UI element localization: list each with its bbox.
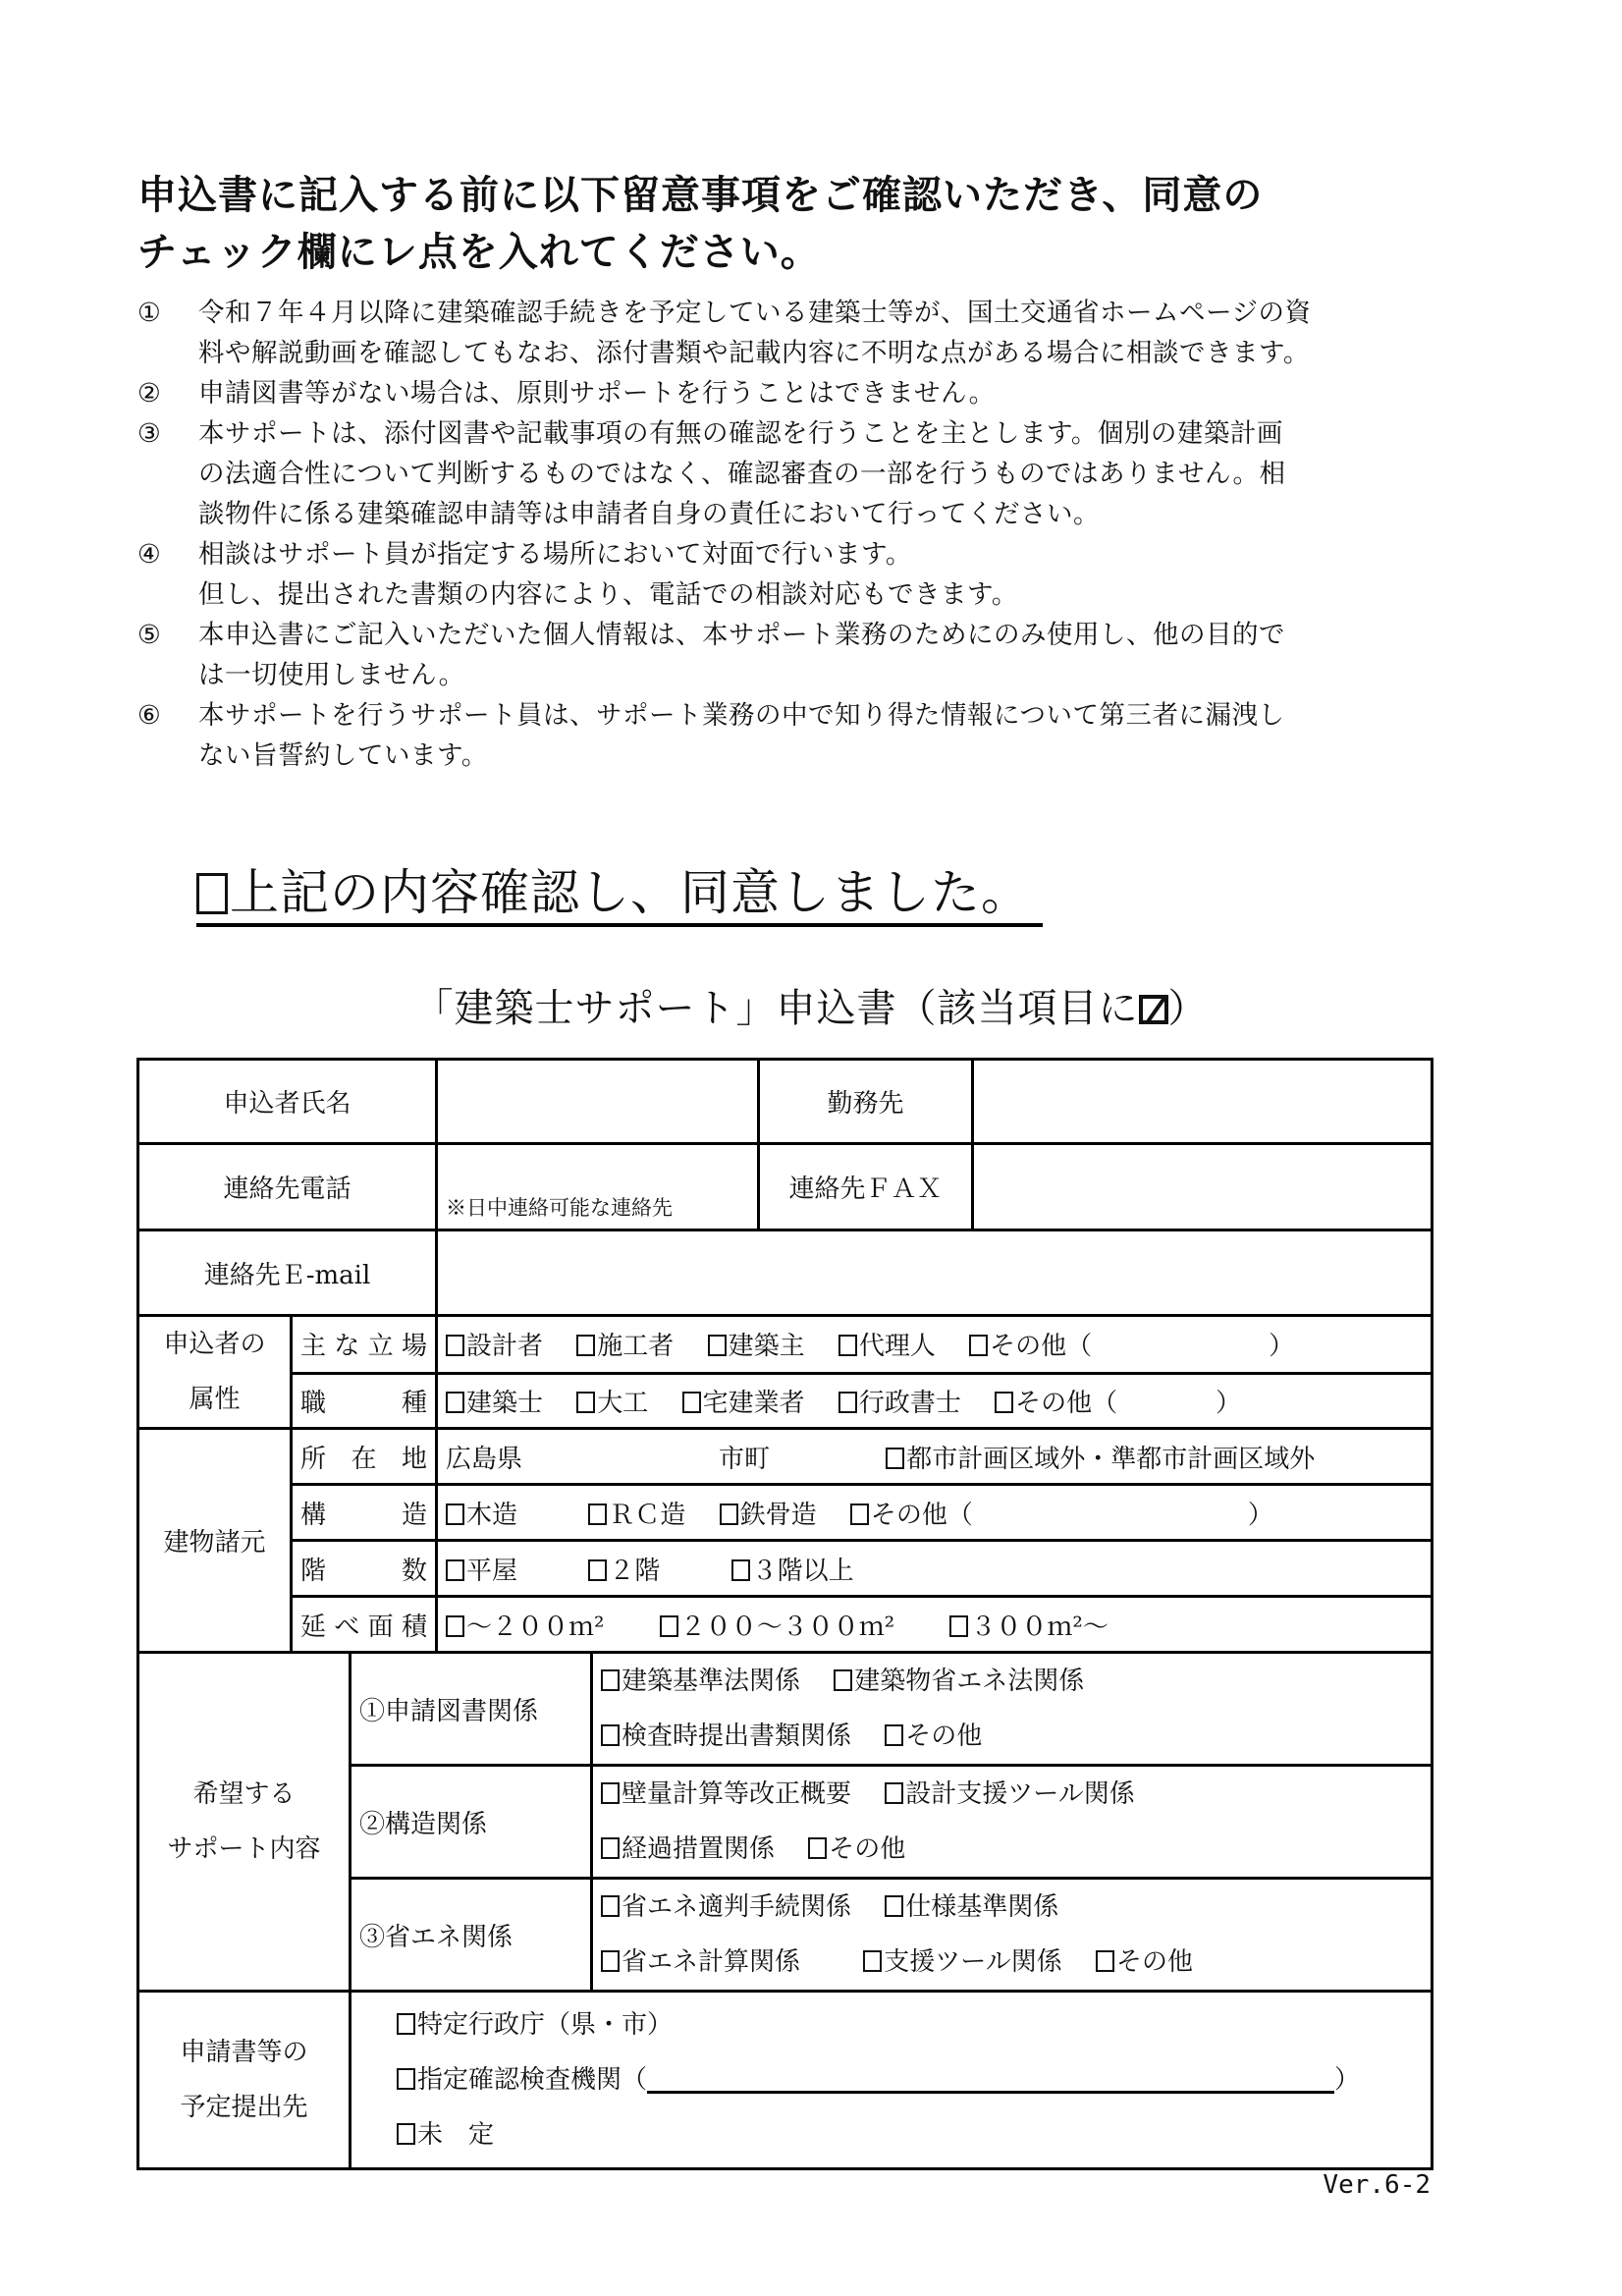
checkbox-icon[interactable] xyxy=(995,1392,1013,1413)
checkbox-icon[interactable] xyxy=(834,1669,852,1691)
note-number: ⑥ xyxy=(137,695,198,776)
heading-line-1: 申込書に記入する前に以下留意事項をご確認いただき、同意の xyxy=(137,167,1453,224)
floor-area-label: 延べ面積 xyxy=(292,1597,437,1653)
option-label: 特定行政庁（県・市） xyxy=(417,2010,673,2040)
note-number: ⑤ xyxy=(137,615,198,695)
checked-box-icon xyxy=(1139,995,1168,1024)
checkbox-icon[interactable] xyxy=(601,1895,620,1917)
support-option[interactable]: 仕様基準関係 xyxy=(885,1892,1058,1922)
role-label: 主な立場 xyxy=(292,1316,437,1374)
support-group-label: ③省エネ関係 xyxy=(351,1879,592,1992)
email-label: 連絡先Ｅ-mail xyxy=(138,1230,437,1316)
checkbox-icon[interactable] xyxy=(576,1335,595,1356)
ch: 種 xyxy=(402,1383,427,1419)
checkbox-icon[interactable] xyxy=(397,2068,415,2090)
version-label: Ver.6-2 xyxy=(1323,2170,1431,2200)
applicant-attributes-label: 申込者の 属性 xyxy=(138,1316,292,1429)
option-label: 建築物省エネ法関係 xyxy=(854,1667,1084,1696)
checkbox-icon[interactable] xyxy=(682,1392,701,1413)
checkbox-icon[interactable] xyxy=(588,1503,607,1525)
option-label: その他 xyxy=(1116,1947,1193,1977)
location-label: 所在地 xyxy=(292,1429,437,1485)
checkbox-icon[interactable] xyxy=(863,1950,882,1972)
floors-option-one[interactable]: 平屋 xyxy=(446,1557,517,1586)
ch: 数 xyxy=(402,1551,427,1587)
form-title: 「建築士サポート」申込書（該当項目に） xyxy=(0,984,1622,1033)
option-label: ～２００ｍ² xyxy=(466,1613,604,1642)
option-label: その他（ xyxy=(871,1501,973,1530)
checkbox-icon[interactable] xyxy=(576,1392,595,1413)
support-option[interactable]: 設計支援ツール関係 xyxy=(885,1779,1134,1809)
occupation-option-architect[interactable]: 建築士 xyxy=(446,1389,543,1418)
checkbox-icon[interactable] xyxy=(969,1335,988,1356)
support-option[interactable]: その他 xyxy=(885,1722,982,1751)
role-option-designer[interactable]: 設計者 xyxy=(446,1332,543,1361)
checkbox-icon[interactable] xyxy=(885,1895,903,1917)
submission-label-line2: 予定提出先 xyxy=(147,2080,341,2135)
email-field[interactable] xyxy=(437,1230,1433,1316)
phone-field[interactable]: ※日中連絡可能な連絡先 xyxy=(437,1144,759,1230)
note-number: ① xyxy=(137,293,198,373)
support-group-options: 建築基準法関係 建築物省エネ法関係 検査時提出書類関係 その他 xyxy=(592,1653,1433,1766)
checkbox-icon[interactable] xyxy=(949,1615,968,1637)
option-label: ３階以上 xyxy=(752,1557,854,1586)
option-label: ３００ｍ²～ xyxy=(970,1613,1108,1642)
workplace-field[interactable] xyxy=(973,1060,1433,1144)
role-option-other[interactable]: その他（） xyxy=(969,1332,1294,1361)
option-label: 指定確認検査機関（ xyxy=(417,2065,647,2095)
support-group-options: 壁量計算等改正概要 設計支援ツール関係 経過措置関係 その他 xyxy=(592,1766,1433,1879)
support-option[interactable]: 検査時提出書類関係 xyxy=(601,1722,851,1751)
building-specs-label: 建物諸元 xyxy=(138,1429,292,1653)
checkbox-icon[interactable] xyxy=(601,1950,620,1972)
note-item-5: ⑤ 本申込書にご記入いただいた個人情報は、本サポート業務のためにのみ使用し、他の… xyxy=(137,615,1443,695)
submission-label-line1: 申請書等の xyxy=(147,2025,341,2080)
checkbox-icon[interactable] xyxy=(588,1559,607,1581)
structure-option-rc[interactable]: ＲＣ造 xyxy=(588,1501,685,1530)
workplace-label: 勤務先 xyxy=(759,1060,973,1144)
option-label: 木造 xyxy=(466,1501,517,1530)
paren-close: ） xyxy=(1334,2065,1360,2095)
note-number: ② xyxy=(137,373,198,413)
occupation-option-realtor[interactable]: 宅建業者 xyxy=(682,1389,805,1418)
agency-name-input[interactable] xyxy=(647,2065,1334,2094)
support-group-label: ②構造関係 xyxy=(351,1766,592,1879)
floors-options: 平屋 ２階 ３階以上 xyxy=(437,1541,1433,1597)
submission-options: 特定行政庁（県・市） 指定確認検査機関（） 未 定 xyxy=(351,1992,1433,2169)
phone-note: ※日中連絡可能な連絡先 xyxy=(446,1196,673,1220)
fax-field[interactable] xyxy=(973,1144,1433,1230)
note-line: 本サポートを行うサポート員は、サポート業務の中で知り得た情報について第三者に漏洩… xyxy=(198,695,1443,736)
notes-list: ① 令和７年４月以降に建築確認手続きを予定している建築士等が、国土交通省ホームペ… xyxy=(137,293,1443,776)
option-label: 代理人 xyxy=(859,1332,936,1361)
note-line: 但し、提出された書類の内容により、電話での相談対応もできます。 xyxy=(198,574,1443,615)
structure-label: 構造 xyxy=(292,1485,437,1541)
submission-destination-label: 申請書等の 予定提出先 xyxy=(138,1992,351,2169)
option-label: 検査時提出書類関係 xyxy=(622,1722,851,1751)
submission-option-undecided[interactable]: 未 定 xyxy=(397,2107,1423,2162)
ch: 階 xyxy=(300,1551,326,1587)
option-label: 鉄骨造 xyxy=(740,1501,817,1530)
checkbox-icon[interactable] xyxy=(446,1559,464,1581)
support-group-options: 省エネ適判手続関係 仕様基準関係 省エネ計算関係 支援ツール関係 その他 xyxy=(592,1879,1433,1992)
note-item-3: ③ 本サポートは、添付図書や記載事項の有無の確認を行うことを主とします。個別の建… xyxy=(137,413,1443,534)
ch: 場 xyxy=(402,1326,427,1362)
paren-close: ） xyxy=(1216,1389,1241,1418)
note-line: 本申込書にご記入いただいた個人情報は、本サポート業務のためにのみ使用し、他の目的… xyxy=(198,615,1443,655)
structure-option-other[interactable]: その他（） xyxy=(850,1501,1273,1530)
ch: 在 xyxy=(351,1439,376,1475)
note-item-4: ④ 相談はサポート員が指定する場所において対面で行います。但し、提出された書類の… xyxy=(137,534,1443,615)
option-label: 未 定 xyxy=(417,2120,494,2150)
attr-label-line1: 申込者の xyxy=(147,1317,282,1372)
option-label: 経過措置関係 xyxy=(622,1834,775,1864)
checkbox-icon[interactable] xyxy=(720,1503,738,1525)
applicant-name-label: 申込者氏名 xyxy=(138,1060,437,1144)
floor-area-options: ～２００ｍ² ２００～３００ｍ² ３００ｍ²～ xyxy=(437,1597,1433,1653)
ch: 造 xyxy=(402,1495,427,1531)
checkbox-icon[interactable] xyxy=(446,1615,464,1637)
floors-label: 階数 xyxy=(292,1541,437,1597)
option-label: ２階 xyxy=(609,1557,660,1586)
checkbox-icon[interactable] xyxy=(196,873,228,914)
option-label: 設計者 xyxy=(466,1332,543,1361)
submission-option-authority[interactable]: 特定行政庁（県・市） xyxy=(397,1997,1423,2052)
application-form-table: 申込者氏名 勤務先 連絡先電話 ※日中連絡可能な連絡先 連絡先ＦＡＸ 連絡先Ｅ-… xyxy=(136,1058,1433,2170)
attr-label-line2: 属性 xyxy=(147,1372,282,1427)
note-item-2: ② 申請図書等がない場合は、原則サポートを行うことはできません。 xyxy=(137,373,1443,413)
note-line: 談物件に係る建築確認申請等は申請者自身の責任において行ってください。 xyxy=(198,494,1443,534)
checkbox-icon[interactable] xyxy=(886,1448,904,1469)
checkbox-icon[interactable] xyxy=(1096,1950,1114,1972)
area-option-under-200[interactable]: ～２００ｍ² xyxy=(446,1613,604,1642)
outside-planning-area-option[interactable]: 都市計画区域外・準都市計画区域外 xyxy=(886,1445,1315,1474)
ch: な xyxy=(334,1326,359,1362)
phone-label: 連絡先電話 xyxy=(138,1144,437,1230)
support-option[interactable]: 建築基準法関係 xyxy=(601,1667,800,1696)
support-option[interactable]: その他 xyxy=(808,1834,905,1864)
checkbox-icon[interactable] xyxy=(660,1615,678,1637)
checkbox-icon[interactable] xyxy=(850,1503,869,1525)
option-label: 宅建業者 xyxy=(703,1389,805,1418)
support-label-line1: 希望する xyxy=(147,1767,341,1822)
checkbox-icon[interactable] xyxy=(808,1837,827,1859)
note-line: 料や解説動画を確認してもなお、添付書類や記載内容に不明な点がある場合に相談できま… xyxy=(198,333,1443,373)
checkbox-icon[interactable] xyxy=(446,1503,464,1525)
option-label: 仕様基準関係 xyxy=(905,1892,1058,1922)
note-line: 令和７年４月以降に建築確認手続きを予定している建築士等が、国土交通省ホームページ… xyxy=(198,293,1443,333)
option-label: 平屋 xyxy=(466,1557,517,1586)
checkbox-icon[interactable] xyxy=(838,1392,857,1413)
support-option[interactable]: 省エネ計算関係 xyxy=(601,1947,800,1977)
structure-option-wood[interactable]: 木造 xyxy=(446,1501,517,1530)
checkbox-icon[interactable] xyxy=(601,1669,620,1691)
option-label: ２００～３００ｍ² xyxy=(680,1613,894,1642)
occupation-option-carpenter[interactable]: 大工 xyxy=(576,1389,648,1418)
ch: 主 xyxy=(300,1326,326,1362)
support-option[interactable]: 経過措置関係 xyxy=(601,1834,775,1864)
option-label: 支援ツール関係 xyxy=(884,1947,1061,1977)
note-item-6: ⑥ 本サポートを行うサポート員は、サポート業務の中で知り得た情報について第三者に… xyxy=(137,695,1443,776)
role-options: 設計者 施工者 建築主 代理人 その他（） xyxy=(437,1316,1433,1374)
support-option[interactable]: 建築物省エネ法関係 xyxy=(834,1667,1084,1696)
area-option-200-300[interactable]: ２００～３００ｍ² xyxy=(660,1613,894,1642)
support-option[interactable]: 壁量計算等改正概要 xyxy=(601,1779,851,1809)
option-label: 行政書士 xyxy=(859,1389,961,1418)
support-option[interactable]: 支援ツール関係 xyxy=(863,1947,1061,1977)
checkbox-icon[interactable] xyxy=(601,1724,620,1746)
checkbox-icon[interactable] xyxy=(731,1559,750,1581)
option-label: 省エネ計算関係 xyxy=(622,1947,800,1977)
ch: 立 xyxy=(368,1326,394,1362)
form-title-close: ） xyxy=(1168,986,1209,1031)
checkbox-icon[interactable] xyxy=(601,1782,620,1804)
city-label: 市町 xyxy=(719,1445,770,1474)
ch: 地 xyxy=(402,1439,427,1475)
occupation-option-other[interactable]: その他（） xyxy=(995,1389,1241,1418)
occupation-option-scrivener[interactable]: 行政書士 xyxy=(838,1389,961,1418)
role-option-owner[interactable]: 建築主 xyxy=(708,1332,805,1361)
note-line: 申請図書等がない場合は、原則サポートを行うことはできません。 xyxy=(198,373,1443,413)
option-label: その他（ xyxy=(990,1332,1092,1361)
ch: 延 xyxy=(300,1607,326,1643)
ch: べ xyxy=(334,1607,359,1643)
occupation-options: 建築士 大工 宅建業者 行政書士 その他（） xyxy=(437,1373,1433,1429)
support-label-line2: サポート内容 xyxy=(147,1822,341,1877)
option-label: 建築基準法関係 xyxy=(622,1667,800,1696)
structure-option-steel[interactable]: 鉄骨造 xyxy=(720,1501,817,1530)
checkbox-icon[interactable] xyxy=(446,1335,464,1356)
ch: 積 xyxy=(402,1607,427,1643)
paren-close: ） xyxy=(1248,1501,1273,1530)
note-line: ない旨誓約しています。 xyxy=(198,736,1443,776)
agreement-label: 上記の内容確認し、同意しました。 xyxy=(230,864,1031,921)
form-title-text: 「建築士サポート」申込書（該当項目に xyxy=(414,986,1139,1031)
note-line: 相談はサポート員が指定する場所において対面で行います。 xyxy=(198,534,1443,574)
note-number: ③ xyxy=(137,413,198,534)
option-label: ＲＣ造 xyxy=(609,1501,685,1530)
checkbox-icon[interactable] xyxy=(397,2123,415,2145)
option-label: 設計支援ツール関係 xyxy=(905,1779,1134,1809)
note-line: は一切使用しません。 xyxy=(198,655,1443,695)
option-label: 省エネ適判手続関係 xyxy=(622,1892,851,1922)
area-option-over-300[interactable]: ３００ｍ²～ xyxy=(949,1613,1108,1642)
instructions-heading: 申込書に記入する前に以下留意事項をご確認いただき、同意の チェック欄にレ点を入れ… xyxy=(137,167,1453,281)
agreement-checkbox[interactable]: 上記の内容確認し、同意しました。 xyxy=(196,862,1043,927)
occupation-label: 職種 xyxy=(292,1373,437,1429)
role-option-contractor[interactable]: 施工者 xyxy=(576,1332,674,1361)
applicant-name-field[interactable] xyxy=(437,1060,759,1144)
option-label: 建築士 xyxy=(466,1389,543,1418)
ch: 職 xyxy=(300,1383,326,1419)
floors-option-two[interactable]: ２階 xyxy=(588,1557,660,1586)
location-field[interactable]: 広島県市町 都市計画区域外・準都市計画区域外 xyxy=(437,1429,1433,1485)
option-label: 都市計画区域外・準都市計画区域外 xyxy=(906,1445,1315,1474)
ch: 面 xyxy=(368,1607,394,1643)
heading-line-2: チェック欄にレ点を入れてください。 xyxy=(137,224,1453,281)
submission-option-agency[interactable]: 指定確認検査機関（） xyxy=(397,2052,1423,2107)
option-label: 大工 xyxy=(597,1389,648,1418)
option-label: 壁量計算等改正概要 xyxy=(622,1779,851,1809)
prefecture: 広島県 xyxy=(446,1445,522,1474)
support-option[interactable]: その他 xyxy=(1096,1947,1193,1977)
paren-close: ） xyxy=(1269,1332,1294,1361)
checkbox-icon[interactable] xyxy=(601,1837,620,1859)
role-option-agent[interactable]: 代理人 xyxy=(838,1332,936,1361)
support-option[interactable]: 省エネ適判手続関係 xyxy=(601,1892,851,1922)
checkbox-icon[interactable] xyxy=(446,1392,464,1413)
checkbox-icon[interactable] xyxy=(397,2013,415,2035)
option-label: 施工者 xyxy=(597,1332,674,1361)
note-line: の法適合性について判断するものではなく、確認審査の一部を行うものではありません。… xyxy=(198,454,1443,494)
floors-option-three-plus[interactable]: ３階以上 xyxy=(731,1557,854,1586)
checkbox-icon[interactable] xyxy=(838,1335,857,1356)
fax-label: 連絡先ＦＡＸ xyxy=(759,1144,973,1230)
checkbox-icon[interactable] xyxy=(885,1724,903,1746)
option-label: その他 xyxy=(829,1834,905,1864)
option-label: その他（ xyxy=(1015,1389,1117,1418)
note-line: 本サポートは、添付図書や記載事項の有無の確認を行うことを主とします。個別の建築計… xyxy=(198,413,1443,454)
ch: 構 xyxy=(300,1495,326,1531)
support-content-label: 希望する サポート内容 xyxy=(138,1653,351,1992)
checkbox-icon[interactable] xyxy=(885,1782,903,1804)
note-item-1: ① 令和７年４月以降に建築確認手続きを予定している建築士等が、国土交通省ホームペ… xyxy=(137,293,1443,373)
structure-options: 木造 ＲＣ造 鉄骨造 その他（） xyxy=(437,1485,1433,1541)
option-label: 建築主 xyxy=(729,1332,805,1361)
note-number: ④ xyxy=(137,534,198,615)
checkbox-icon[interactable] xyxy=(708,1335,727,1356)
option-label: その他 xyxy=(905,1722,982,1751)
ch: 所 xyxy=(300,1439,326,1475)
support-group-label: ①申請図書関係 xyxy=(351,1653,592,1766)
